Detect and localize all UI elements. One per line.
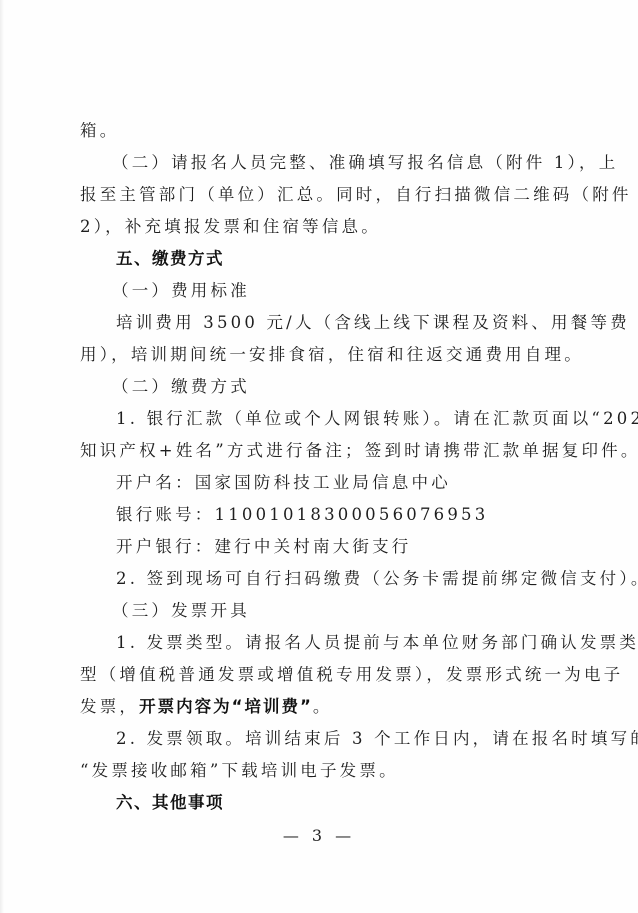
section-heading-other: 六、其他事项 [116,793,224,813]
text-line: 型（增值税普通发票或增值税专用发票），发票形式统一为电子 [80,665,623,685]
text-line: 报至主管部门（单位）汇总。同时，自行扫描微信二维码（附件 [80,185,632,205]
section-heading-payment: 五、缴费方式 [116,249,224,269]
subsection-heading-payment-method: （二）缴费方式 [112,377,250,397]
account-name-line: 开户名：国家国防科技工业局信息中心 [116,473,451,493]
text-line: 用），培训期间统一安排食宿，住宿和往返交通费用自理。 [80,345,584,365]
text-line: 培训费用 3500 元/人（含线上线下课程及资料、用餐等费 [116,313,630,333]
text-bold-invoice-content: 开票内容为“培训费” [139,697,313,716]
text-line: 2. 签到现场可自行扫码缴费（公务卡需提前绑定微信支付）。 [116,569,638,589]
bank-line: 开户银行：建行中关村南大街支行 [116,537,412,557]
account-number-line: 银行账号：11001018300056076953 [116,505,488,525]
text-line: 2），补充填报发票和住宿等信息。 [80,217,381,237]
text-line: 1. 发票类型。请报名人员提前与本单位财务部门确认发票类 [116,633,638,653]
page-number: — 3 — [0,826,638,845]
subsection-heading-invoice: （三）发票开具 [112,601,250,621]
scan-edge [0,0,4,913]
subsection-heading-fee-standard: （一）费用标准 [112,281,250,301]
text-line: 2. 发票领取。培训结束后 3 个工作日内，请在报名时填写的 [116,729,638,749]
text-line: 知识产权+姓名”方式进行备注；签到时请携带汇款单据复印件。 [80,441,638,461]
text-tail: 。 [313,697,333,716]
text-plain: 发票， [80,697,139,716]
document-page: 箱。 （二）请报名人员完整、准确填写报名信息（附件 1），上 报至主管部门（单位… [0,0,638,913]
text-line-invoice-content: 发票，开票内容为“培训费”。 [80,697,333,717]
text-line: 1. 银行汇款（单位或个人网银转账）。请在汇款页面以“2026 [116,409,638,429]
text-line: （二）请报名人员完整、准确填写报名信息（附件 1），上 [112,153,618,173]
text-line: “发票接收邮箱”下载培训电子发票。 [80,761,399,781]
text-line: 箱。 [80,121,119,141]
